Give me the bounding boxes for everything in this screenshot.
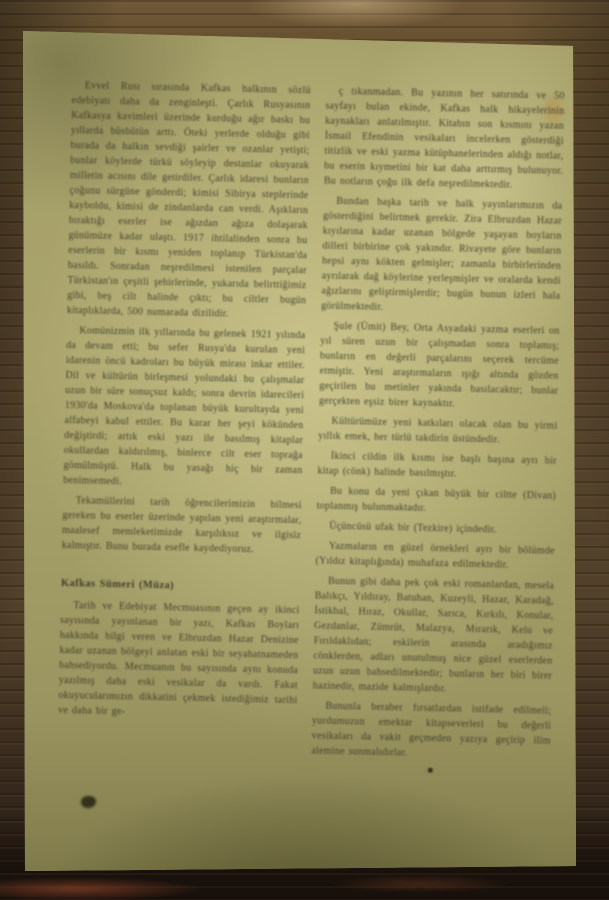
section-heading: Kafkas Sümeri (Müza) <box>61 576 300 596</box>
magazine-page: Evvel Rusı sırasında Kafkas halkının söz… <box>0 0 609 900</box>
left-column: Evvel Rusı sırasında Kafkas halkının söz… <box>57 78 311 772</box>
right-paragraph-10: Bununla beraber fırsatlardan istifade ed… <box>311 698 551 763</box>
left-paragraph-2: Komünizmin ilk yıllarında bu gelenek 192… <box>63 323 306 493</box>
right-paragraph-3: Şule (Ümit) Bey, Orta Asyadaki yazma ese… <box>319 318 560 413</box>
right-paragraph-7: Üçüncüsü ufak bir (Tezkire) içindedir. <box>316 518 555 538</box>
right-paragraph-8: Yazmaların en güzel örnekleri ayrı bir b… <box>315 538 555 573</box>
left-paragraph-3: Tekamüllerini tarih öğrencilerimizin bil… <box>62 493 302 558</box>
right-paragraph-2: Bundan başka tarih ve halk yayınlarımızı… <box>321 194 563 319</box>
page-text-area: Evvel Rusı sırasında Kafkas halkının söz… <box>57 78 566 778</box>
end-of-article-mark: ■ <box>311 763 550 777</box>
right-paragraph-1: ç tıkanmadan. Bu yazının her satırında v… <box>324 84 565 194</box>
left-paragraph-1: Evvel Rusı sırasında Kafkas halkının söz… <box>67 78 311 323</box>
photo-of-printed-page: Evvel Rusı sırasında Kafkas halkının söz… <box>0 0 609 900</box>
left-paragraph-4: Tarih ve Edebiyat Mecmuasının geçen ay i… <box>58 598 300 723</box>
right-column: ç tıkanmadan. Bu yazının her satırında v… <box>311 84 565 778</box>
right-paragraph-9: Bunun gibi daha pek çok eski romanlardan… <box>313 573 555 698</box>
ink-blot <box>81 796 96 808</box>
right-paragraph-6: Bu konu da yeni çıkan büyük bir ciltte (… <box>317 483 557 518</box>
right-paragraph-4: Kültürümüze yeni katkıları olacak olan b… <box>318 413 558 448</box>
right-paragraph-5: İkinci cildin ilk kısmı ise başlı başına… <box>317 448 557 483</box>
